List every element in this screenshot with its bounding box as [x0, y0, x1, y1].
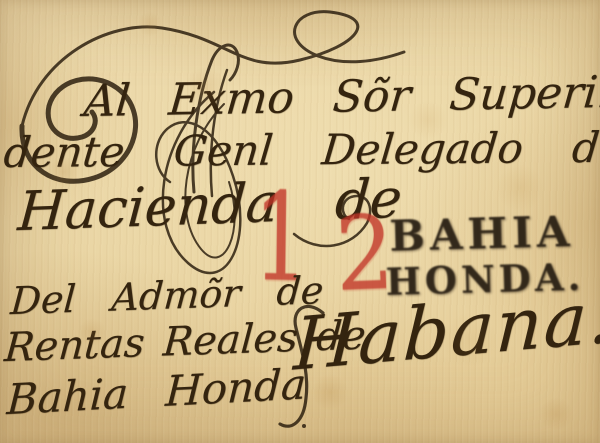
sender-line-2: Rentas Reales de: [3, 315, 367, 368]
address-line-1: Al Exmo Sõr Superinten: [82, 69, 600, 124]
ink-dot-icon: [302, 424, 306, 428]
sender-line-1: Del Admõr de: [9, 271, 324, 320]
letter-cover-sheet: Al Exmo Sõr Superinten dente Genl Delega…: [0, 0, 600, 443]
sender-line-3: Bahia Honda: [6, 363, 307, 421]
postmark-line-top: BAHIA: [380, 211, 584, 258]
